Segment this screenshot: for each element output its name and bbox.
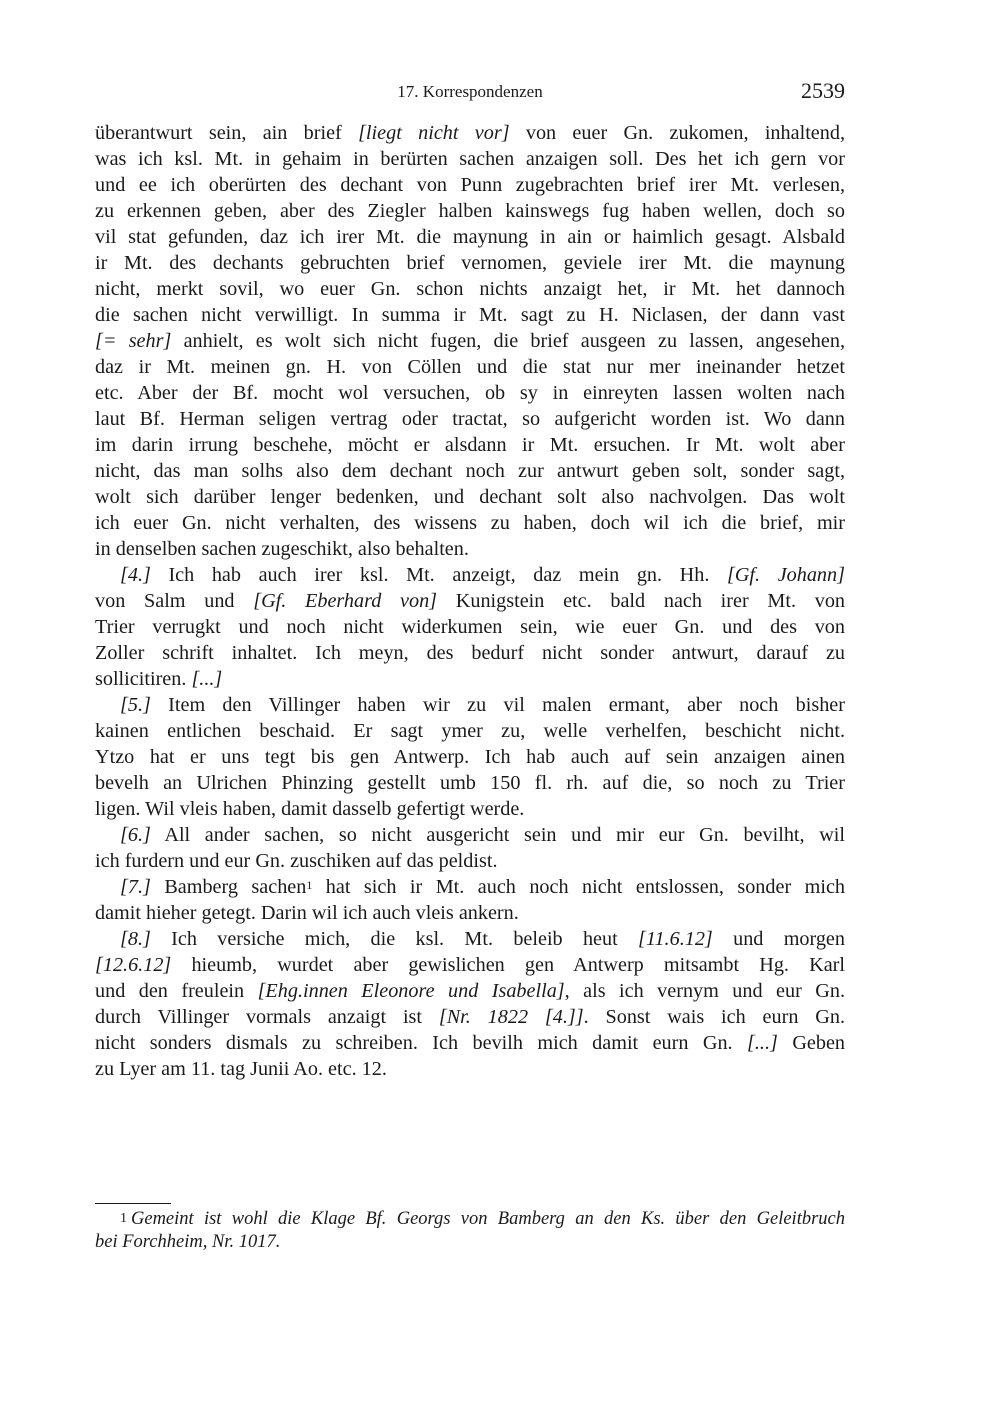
text-line: zu Lyer am 11. tag Junii Ao. etc. 12. <box>95 1056 845 1082</box>
text-line: bevelh an Ulrichen Phinzing gestellt umb… <box>95 770 845 796</box>
footnote-line: bei Forchheim, Nr. 1017. <box>95 1231 845 1254</box>
text-line: Zoller schrift inhaltet. Ich meyn, des b… <box>95 640 845 666</box>
text-line: ir Mt. des dechants gebruchten brief ver… <box>95 250 845 276</box>
text-line: [4.] Ich hab auch irer ksl. Mt. anzeigt,… <box>95 562 845 588</box>
editorial-note: [Ehg.innen Eleonore und Isabella] <box>258 980 565 1002</box>
text-line: [6.] All ander sachen, so nicht ausgeric… <box>95 822 845 848</box>
text-line: [= sehr] anhielt, es wolt sich nicht fug… <box>95 328 845 354</box>
running-title: 17. Korrespondenzen <box>95 82 845 102</box>
text-line: nicht sonders dismals zu schreiben. Ich … <box>95 1030 845 1056</box>
text-line: etc. Aber der Bf. mocht wol versuchen, o… <box>95 380 845 406</box>
omission-mark: [...] <box>191 668 222 690</box>
text-line: kainen entlichen beschaid. Er sagt ymer … <box>95 718 845 744</box>
section-number: [7.] <box>120 876 151 898</box>
footnotes: 1Gemeint ist wohl die Klage Bf. Georgs v… <box>95 1208 845 1254</box>
text-line: [5.] Item den Villinger haben wir zu vil… <box>95 692 845 718</box>
paragraph-7: [7.] Bamberg sachen1 hat sich ir Mt. auc… <box>95 874 845 926</box>
section-number: [6.] <box>120 824 151 846</box>
text-line: Ytzo hat er uns tegt bis gen Antwerp. Ic… <box>95 744 845 770</box>
text-line: von Salm und [Gf. Eberhard von] Kunigste… <box>95 588 845 614</box>
page-number: 2539 <box>801 78 845 104</box>
text-line: laut Bf. Herman seligen vertrag oder tra… <box>95 406 845 432</box>
editorial-note: [liegt nicht vor] <box>358 122 509 144</box>
main-text: überantwurt sein, ain brief [liegt nicht… <box>95 120 845 1082</box>
paragraph-5: [5.] Item den Villinger haben wir zu vil… <box>95 692 845 822</box>
text-line: vil stat gefunden, daz ich irer Mt. die … <box>95 224 845 250</box>
page-header: 17. Korrespondenzen 2539 <box>95 80 845 110</box>
footnote-1: 1Gemeint ist wohl die Klage Bf. Georgs v… <box>95 1208 845 1254</box>
text-line: ich euer Gn. nicht verhalten, des wissen… <box>95 510 845 536</box>
text-line: was ich ksl. Mt. in gehaim in berürten s… <box>95 146 845 172</box>
footnote-divider <box>95 1203 171 1204</box>
text-line: ich furdern und eur Gn. zuschiken auf da… <box>95 848 845 874</box>
footnote-reference[interactable]: 1 <box>306 878 312 892</box>
text-line: sollicitiren. [...] <box>95 666 845 692</box>
editorial-date: [11.6.12] <box>638 928 713 950</box>
text-line: zu erkennen geben, aber des Ziegler halb… <box>95 198 845 224</box>
text-line: die sachen nicht verwilligt. In summa ir… <box>95 302 845 328</box>
section-number: [8.] <box>120 928 151 950</box>
omission-mark: [...] <box>747 1032 778 1054</box>
section-number: [5.] <box>120 694 151 716</box>
paragraph-8: [8.] Ich versiche mich, die ksl. Mt. bel… <box>95 926 845 1082</box>
editorial-note: [Gf. Johann] <box>727 564 845 586</box>
paragraph-6: [6.] All ander sachen, so nicht ausgeric… <box>95 822 845 874</box>
text-line: und ee ich oberürten des dechant von Pun… <box>95 172 845 198</box>
cross-reference: [Nr. 1822 [4.]] <box>439 1006 584 1028</box>
text-line: ligen. Wil vleis haben, damit dasselb ge… <box>95 796 845 822</box>
text-line: nicht, merkt sovil, wo euer Gn. schon ni… <box>95 276 845 302</box>
text-line: wolt sich darüber lenger bedenken, und d… <box>95 484 845 510</box>
text-line: in denselben sachen zugeschikt, also beh… <box>95 536 845 562</box>
editorial-note: [Gf. Eberhard von] <box>253 590 437 612</box>
paragraph-4: [4.] Ich hab auch irer ksl. Mt. anzeigt,… <box>95 562 845 692</box>
text-line: durch Villinger vormals anzaigt ist [Nr.… <box>95 1004 845 1030</box>
text-line: [8.] Ich versiche mich, die ksl. Mt. bel… <box>95 926 845 952</box>
text-line: damit hieher getegt. Darin wil ich auch … <box>95 900 845 926</box>
footnote-line: 1Gemeint ist wohl die Klage Bf. Georgs v… <box>95 1208 845 1231</box>
footnote-mark: 1 <box>95 1211 131 1226</box>
text-line: im darin irrung beschehe, möcht er alsda… <box>95 432 845 458</box>
text-line: [12.6.12] hieumb, wurdet aber gewisliche… <box>95 952 845 978</box>
text-line: [7.] Bamberg sachen1 hat sich ir Mt. auc… <box>95 874 845 900</box>
paragraph-continuation: überantwurt sein, ain brief [liegt nicht… <box>95 120 845 562</box>
text-line: überantwurt sein, ain brief [liegt nicht… <box>95 120 845 146</box>
editorial-note: [= sehr] <box>95 330 171 352</box>
text-line: daz ir Mt. meinen gn. H. von Cöllen und … <box>95 354 845 380</box>
text-line: Trier verrugkt und noch nicht widerkumen… <box>95 614 845 640</box>
section-number: [4.] <box>120 564 151 586</box>
text-line: und den freulein [Ehg.innen Eleonore und… <box>95 978 845 1004</box>
text-line: nicht, das man solhs also dem dechant no… <box>95 458 845 484</box>
editorial-date: [12.6.12] <box>95 954 171 976</box>
